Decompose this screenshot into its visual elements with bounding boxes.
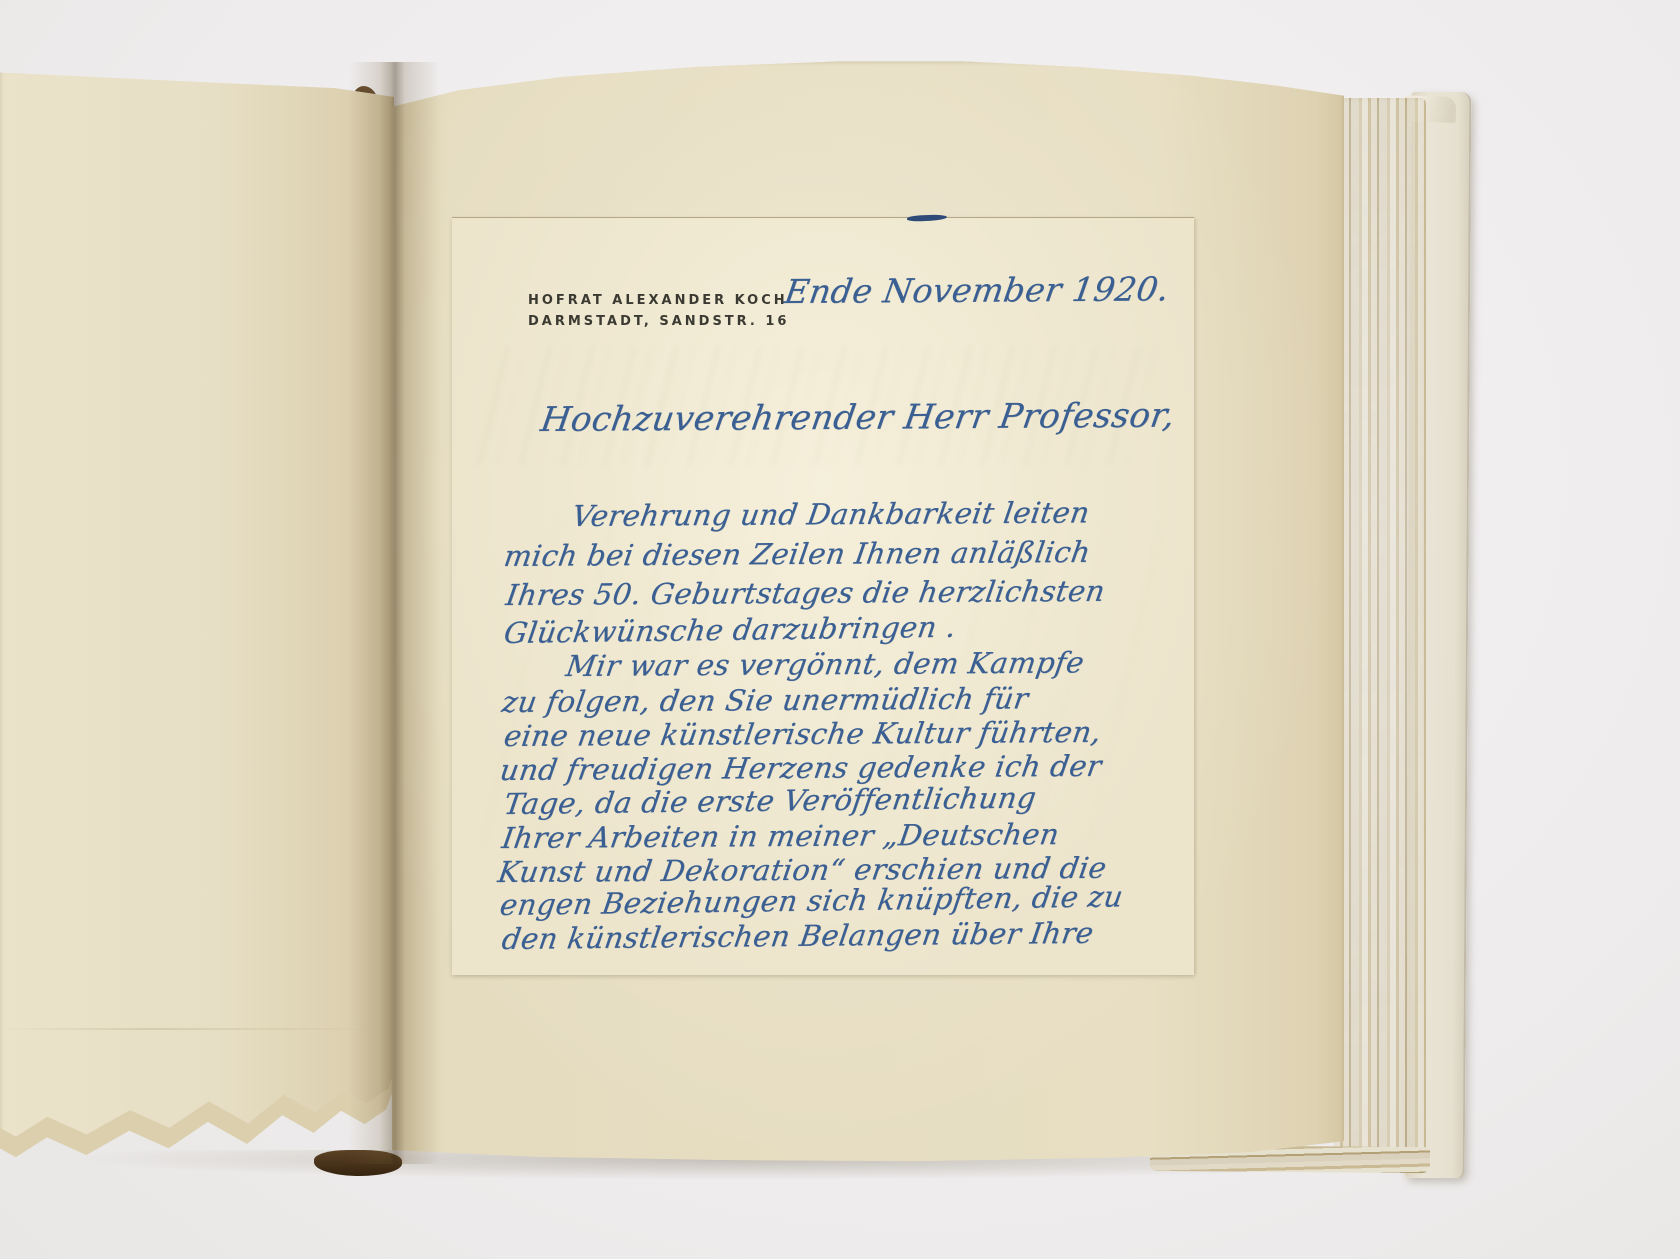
ink-smudge-mark [907,214,947,221]
handwriting-line: Tage, da die erste Veröffentlichung [502,784,1038,819]
handwriting-line: Ihres 50. Geburtstages die herzlichsten [504,577,1107,610]
handwriting-line: engen Beziehungen sich knüpften, die zu [498,882,1125,920]
handwriting-line: Verehrung und Dankbarkeit leiten [570,498,1092,531]
letterhead-address: DARMSTADT, SANDSTR. 16 [528,311,789,332]
pasted-letter: HOFRAT ALEXANDER KOCH DARMSTADT, SANDSTR… [452,218,1194,975]
deckle-edge-texture [1334,98,1426,1162]
handwriting-line: eine neue künstlerische Kultur führten, [502,718,1103,751]
photo-backdrop: HOFRAT ALEXANDER KOCH DARMSTADT, SANDSTR… [0,0,1680,1259]
handwritten-date: Ende November 1920. [782,269,1172,311]
printed-letterhead: HOFRAT ALEXANDER KOCH DARMSTADT, SANDSTR… [528,290,789,332]
handwriting-line: zu folgen, den Sie unermüdlich für [500,684,1030,717]
letterhead-name: HOFRAT ALEXANDER KOCH [528,290,789,311]
handwriting-line: den künstlerischen Belangen über Ihre [500,919,1096,954]
handwriting-line: Ihrer Arbeiten in meiner „Deutschen [500,820,1061,853]
handwriting-line: Mir war es vergönnt, dem Kampfe [564,648,1086,681]
left-page [0,66,394,1172]
left-page-crease [0,1028,380,1030]
handwriting-line: Glückwünsche darzubringen . [502,613,958,648]
handwriting-line: mich bei diesen Zeilen Ihnen anläßlich [502,538,1092,571]
page-stack-fore-edge [1334,98,1426,1162]
spine-glimpse-bottom [314,1150,402,1176]
salutation-line: Hochzuverehrender Herr Professor, [538,396,1178,440]
